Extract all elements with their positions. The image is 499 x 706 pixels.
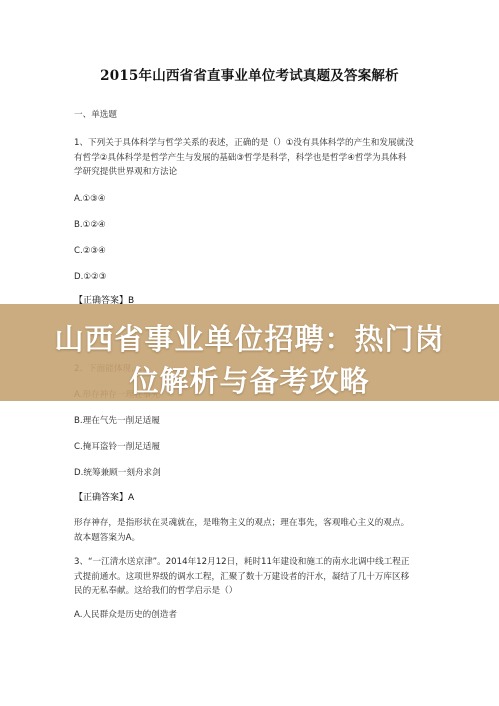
headline-title-line-1: 山西省事业单位招聘：热门岗: [0, 318, 499, 360]
document-title: 2015年山西省省直事业单位考试真题及答案解析: [0, 64, 499, 84]
question-2-answer: 【正确答案】A: [74, 491, 134, 506]
question-2-explanation-line: 故本题答案为A。: [74, 531, 434, 546]
question-3-stem: 3、“一江清水送京津”。2014年12月12日，耗时11年建设和施工的南水北调中…: [74, 555, 434, 599]
headline-title: 山西省事业单位招聘：热门岗 位解析与备考攻略: [0, 318, 499, 402]
question-1-stem-line: 有哲学②具体科学是哲学产生与发展的基础③哲学是科学，科学也是哲学④哲学为具体科: [74, 151, 434, 166]
question-2-explanation-line: 形存神存，是指形状在灵魂就在，是唯物主义的观点；理在事先，客观唯心主义的观点。: [74, 516, 434, 531]
question-1-option-b: B.①②④: [74, 218, 106, 233]
question-1-stem-line: 1、下列关于具体科学与哲学关系的表述，正确的是（）①没有具体科学的产生和发展就没: [74, 136, 434, 151]
question-2-explanation: 形存神存，是指形状在灵魂就在，是唯物主义的观点；理在事先，客观唯心主义的观点。 …: [74, 516, 434, 545]
question-1-stem-line: 学研究提供世界观和方法论: [74, 165, 434, 180]
question-2-option-d: D.统筹兼顾一刻舟求剑: [74, 466, 161, 481]
question-1-option-c: C.②③④: [74, 244, 106, 259]
question-3-stem-line: 民的无私奉献。这给我们的哲学启示是（）: [74, 584, 434, 599]
question-1-stem: 1、下列关于具体科学与哲学关系的表述，正确的是（）①没有具体科学的产生和发展就没…: [74, 136, 434, 180]
question-1-option-d: D.①②③: [74, 270, 106, 285]
section-heading: 一、单选题: [74, 108, 117, 123]
headline-title-line-2: 位解析与备考攻略: [0, 360, 499, 402]
document-page: 2015年山西省省直事业单位考试真题及答案解析 一、单选题 1、下列关于具体科学…: [0, 0, 499, 706]
question-3-stem-line: 3、“一江清水送京津”。2014年12月12日，耗时11年建设和施工的南水北调中…: [74, 555, 434, 570]
question-2-option-b: B.理在气先一削足适履: [74, 414, 160, 429]
question-3-option-a: A.人民群众是历史的创造者: [74, 608, 177, 623]
question-1-option-a: A.①③④: [74, 192, 106, 207]
question-3-stem-line: 式提前通水。这项世界级的调水工程，汇聚了数十万建设者的汗水，凝结了几十万库区移: [74, 570, 434, 585]
question-2-option-c: C.掩耳盗铃一削足适履: [74, 440, 160, 455]
